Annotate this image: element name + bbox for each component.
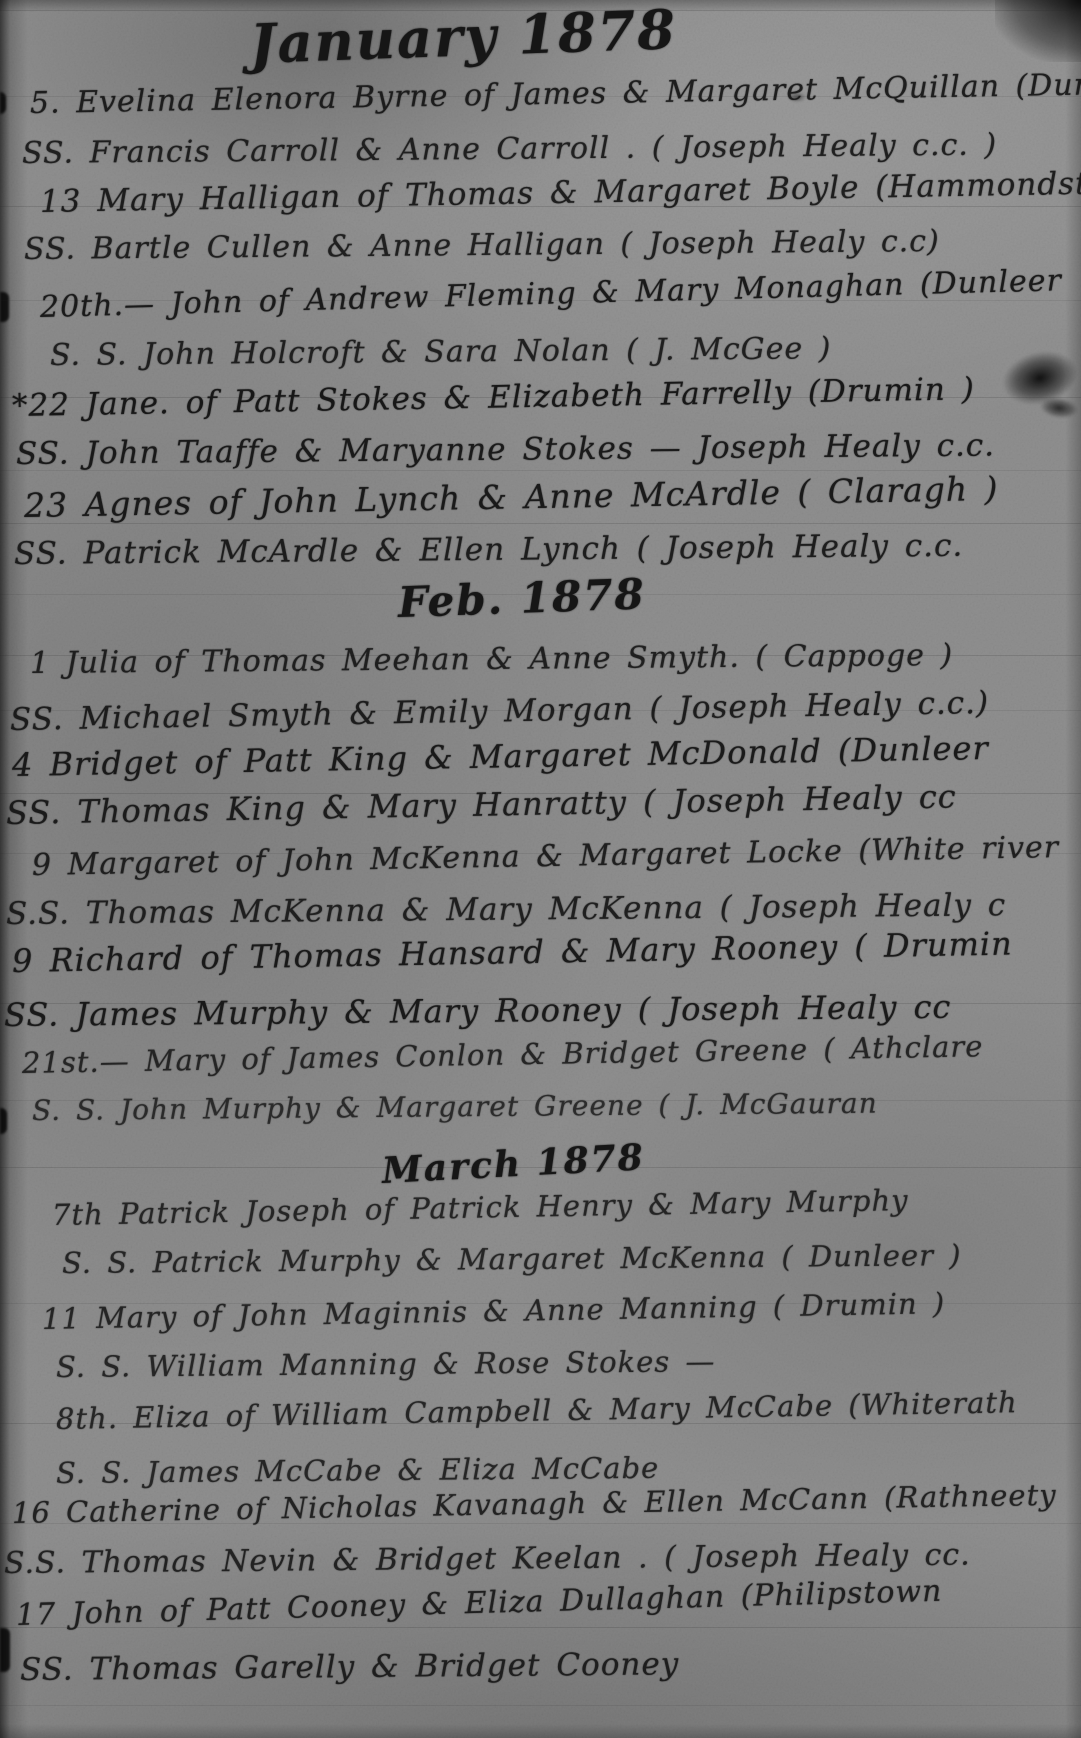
register-line: 9 Richard of Thomas Hansard & Mary Roone… [12,925,1013,980]
register-line: S. S. William Manning & Rose Stokes — [56,1344,716,1384]
register-line: S. S. John Holcroft & Sara Nolan ( J. Mc… [50,331,832,373]
register-line: S. S. Patrick Murphy & Margaret McKenna … [62,1238,962,1280]
register-line: S.S. Thomas McKenna & Mary McKenna ( Jos… [6,887,1006,932]
register-line: 17 John of Patt Cooney & Eliza Dullaghan… [16,1574,943,1633]
binding-mark [0,1108,7,1134]
register-line: S. S. John Murphy & Margaret Greene ( J.… [32,1087,878,1127]
ruled-line [0,1705,1081,1706]
register-line: SS. James Murphy & Mary Rooney ( Joseph … [4,988,952,1034]
register-line: *22 Jane. of Patt Stokes & Elizabeth Far… [12,371,975,424]
register-line: S.S. Thomas Nevin & Bridget Keelan . ( J… [4,1538,971,1581]
register-line: 13 Mary Halligan of Thomas & Margaret Bo… [40,164,1081,220]
register-line: SS. Michael Smyth & Emily Morgan ( Josep… [10,685,990,738]
register-line: SS. John Taaffe & Maryanne Stokes — Jose… [16,427,995,472]
register-line: SS. Francis Carroll & Anne Carroll . ( J… [22,127,997,171]
register-line: 5. Evelina Elenora Byrne of James & Marg… [30,66,1081,121]
binding-mark [0,292,9,322]
register-line: 11 Mary of John Maginnis & Anne Manning … [42,1286,946,1336]
ink-blot [1039,395,1079,420]
register-line: S. S. James McCabe & Eliza McCabe [56,1451,660,1490]
register-line: 21st.— Mary of James Conlon & Bridget Gr… [22,1029,984,1080]
ruled-line [0,523,1081,524]
section-heading: Feb. 1878 [397,569,646,627]
register-line: 20th.— John of Andrew Fleming & Mary Mon… [40,263,1063,325]
register-line: SS. Bartle Cullen & Anne Halligan ( Jose… [24,224,940,267]
register-line: 1 Julia of Thomas Meehan & Anne Smyth. (… [30,638,953,681]
register-line: 8th. Eliza of William Campbell & Mary Mc… [56,1385,1018,1436]
register-page: January 18785. Evelina Elenora Byrne of … [0,0,1081,1738]
register-line: 23 Agnes of John Lynch & Anne McArdle ( … [24,469,999,525]
binding-mark [0,92,6,114]
scan-corner-shadow [995,0,1081,62]
register-line: 7th Patrick Joseph of Patrick Henry & Ma… [52,1183,909,1232]
register-line: SS. Thomas Garelly & Bridget Cooney [20,1646,680,1688]
section-heading: March 1878 [381,1136,646,1192]
binding-mark [0,1628,10,1672]
section-heading: January 1878 [249,0,678,76]
register-line: SS. Thomas King & Mary Hanratty ( Joseph… [6,777,957,832]
register-line: 4 Bridget of Patt King & Margaret McDona… [12,729,989,784]
register-line: SS. Patrick McArdle & Ellen Lynch ( Jose… [14,528,964,572]
register-line: 9 Margaret of John McKenna & Margaret Lo… [32,830,1060,883]
